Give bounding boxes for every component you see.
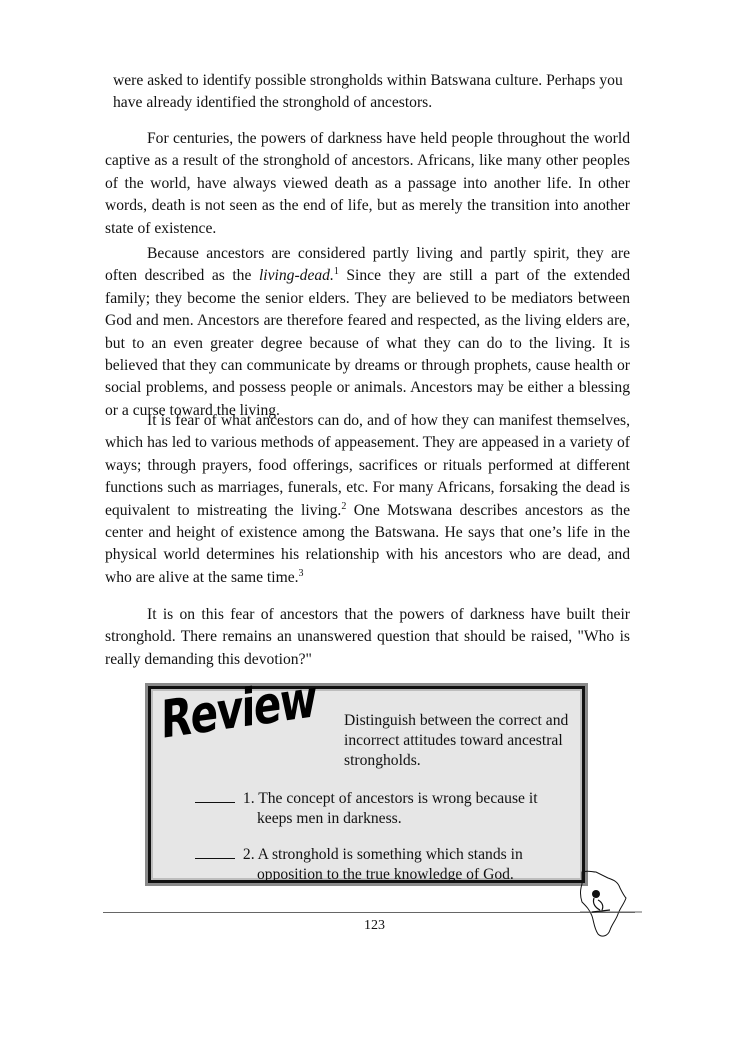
paragraph-text: Because ancestors are considered partly … [105,243,630,422]
document-page: were asked to identify possible strongho… [0,0,749,1060]
footnote-marker: 3 [299,568,304,579]
paragraph-2: For centuries, the powers of darkness ha… [105,128,630,240]
paragraph-text: were asked to identify possible strongho… [113,70,630,115]
item-number: 1. [243,790,255,807]
review-box-inner: Review Distinguish between the correct a… [148,686,585,883]
paragraph-text: It is on this fear of ancestors that the… [105,604,630,671]
italic-term: living-dead. [259,267,334,284]
paragraph-5: It is on this fear of ancestors that the… [105,604,630,671]
item-text-line2: keeps men in darkness. [195,809,565,829]
paragraph-4: It is fear of what ancestors can do, and… [105,410,630,589]
paragraph-3: Because ancestors are considered partly … [105,243,630,422]
paragraph-text: It is fear of what ancestors can do, and… [105,410,630,589]
answer-blank[interactable] [195,790,235,803]
review-box: Review Distinguish between the correct a… [145,683,588,886]
review-item-1: 1. The concept of ancestors is wrong bec… [195,789,565,829]
review-instruction: Distinguish between the correct and inco… [344,711,574,771]
footer-rule [103,912,635,913]
review-item-2: 2. A stronghold is something which stand… [195,845,565,885]
item-text-line1: The concept of ancestors is wrong becaus… [258,790,537,807]
paragraph-text: For centuries, the powers of darkness ha… [105,128,630,240]
item-text-line1: A stronghold is something which stands i… [258,846,523,863]
text-run: Since they are still a part of the exten… [105,267,630,418]
africa-map-with-figure-icon [580,870,646,940]
review-title: Review [161,673,316,747]
item-text-line2: opposition to the true knowledge of God. [195,865,565,885]
answer-blank[interactable] [195,846,235,859]
item-number: 2. [243,846,255,863]
paragraph-1: were asked to identify possible strongho… [113,70,630,115]
